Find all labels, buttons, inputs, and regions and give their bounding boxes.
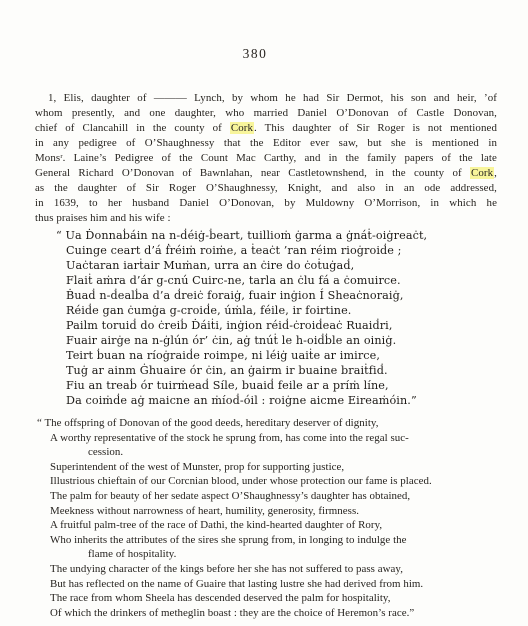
text-line: The palm for beauty of her sedate aspect… bbox=[37, 489, 432, 504]
text-line: Ḃuaḋ n-ḋealḃa d’a ḋreiċ foraiġ, fuair in… bbox=[56, 288, 427, 303]
text-line: Teirt ḃuan na ríoġraiḋe roimpe, ni léiġ … bbox=[56, 348, 427, 363]
text-line: as the daughter of Sir Roger O’Shaughnes… bbox=[35, 181, 497, 196]
text-line: A worthy representative of the stock he … bbox=[37, 431, 432, 446]
text-line: Of which the drinkers of metheglin boast… bbox=[37, 606, 432, 621]
text-segment: A worthy representative of the stock he … bbox=[50, 432, 409, 444]
text-segment: Cuinge ceart d’á ḟréiṁ roiṁe, a ṫeaċt ’r… bbox=[66, 244, 402, 257]
text-segment: Pailm toruiḋ do ċreiḃ Ḋáiṫi, inġion réiḋ… bbox=[66, 319, 393, 332]
text-segment: The undying character of the kings befor… bbox=[50, 563, 403, 575]
english-translation-verse: “ The offspring of Donovan of the good d… bbox=[37, 416, 432, 620]
intro-paragraph: 1, Elis, daughter of ——— Lynch, by whom … bbox=[35, 91, 497, 226]
text-line: flame of hospitality. bbox=[37, 547, 432, 562]
text-segment: Teirt ḃuan na ríoġraiḋe roimpe, ni léiġ … bbox=[66, 349, 380, 362]
text-line: But has reflected on the name of Guaire … bbox=[37, 577, 432, 592]
text-line: in 1639, to her husband Daniel O’Donovan… bbox=[35, 196, 497, 211]
text-line: cession. bbox=[37, 445, 432, 460]
text-segment: “ Ua Ḋonnaḃáin na n-ḋéiġ-ḃeart, tuillioṁ… bbox=[56, 229, 427, 242]
text-segment: General Richard O’Donovan of Bawnlahan, … bbox=[35, 167, 470, 179]
text-segment: Monsʳ. Laine’s Pedigree of the Count Mac… bbox=[35, 152, 497, 164]
text-segment: in any pedigree of O’Shaughnessy that th… bbox=[35, 137, 497, 149]
text-line: Superintendent of the west of Munster, p… bbox=[37, 460, 432, 475]
text-line: chief of Clancahill in the county of Cor… bbox=[35, 121, 497, 136]
text-line: whom presently, and one daughter, who ma… bbox=[35, 106, 497, 121]
search-highlight: Cork bbox=[470, 167, 494, 179]
text-line: The undying character of the kings befor… bbox=[37, 562, 432, 577]
text-line: Réiḋe gan ċumġa g-croiḋe, úṁla, féile, i… bbox=[56, 303, 427, 318]
text-line: Fuair airġe na n-ġlún ór’ ċin, aġ tnúṫ l… bbox=[56, 333, 427, 348]
text-segment: “ The offspring of Donovan of the good d… bbox=[37, 417, 378, 429]
text-segment: Illustrious chieftain of our Corcnian bl… bbox=[50, 475, 432, 487]
text-segment: Fiu an treaḃ ór tuirṁeaḋ Síle, buaiḋ fei… bbox=[66, 379, 389, 392]
text-segment: Da coiṁḋe aġ maicne an ṁíoḋ-óil : roiġne… bbox=[66, 394, 417, 407]
text-segment: whom presently, and one daughter, who ma… bbox=[35, 107, 497, 119]
text-segment: The race from whom Sheela has descended … bbox=[50, 592, 390, 604]
search-highlight: Cork bbox=[230, 122, 254, 134]
text-line: Da coiṁḋe aġ maicne an ṁíoḋ-óil : roiġne… bbox=[56, 393, 427, 408]
text-line: “ Ua Ḋonnaḃáin na n-ḋéiġ-ḃeart, tuillioṁ… bbox=[56, 228, 427, 243]
text-segment: chief of Clancahill in the county of bbox=[35, 122, 230, 134]
text-segment: 1, Elis, daughter of ——— Lynch, by whom … bbox=[48, 92, 497, 104]
text-line: Who inherits the attributes of the sires… bbox=[37, 533, 432, 548]
text-segment: Flaiṫ aṁra d’ár g-cnú Cuirc-ne, tarla an… bbox=[66, 274, 401, 287]
text-segment: as the daughter of Sir Roger O’Shaughnes… bbox=[35, 182, 497, 194]
text-segment: Tuġ ar ainm Ġhuaire ór ċin, an ġairm ir … bbox=[66, 364, 388, 377]
text-line: Monsʳ. Laine’s Pedigree of the Count Mac… bbox=[35, 151, 497, 166]
text-line: Uaċtaran iarṫair Muṁan, urra an ċire do … bbox=[56, 258, 427, 273]
text-line: Cuinge ceart d’á ḟréiṁ roiṁe, a ṫeaċt ’r… bbox=[56, 243, 427, 258]
text-line: Fiu an treaḃ ór tuirṁeaḋ Síle, buaiḋ fei… bbox=[56, 378, 427, 393]
text-segment: But has reflected on the name of Guaire … bbox=[50, 578, 423, 590]
text-segment: The palm for beauty of her sedate aspect… bbox=[50, 490, 410, 502]
text-line: Pailm toruiḋ do ċreiḃ Ḋáiṫi, inġion réiḋ… bbox=[56, 318, 427, 333]
text-line: General Richard O’Donovan of Bawnlahan, … bbox=[35, 166, 497, 181]
text-line: The race from whom Sheela has descended … bbox=[37, 591, 432, 606]
text-line: in any pedigree of O’Shaughnessy that th… bbox=[35, 136, 497, 151]
text-segment: flame of hospitality. bbox=[88, 548, 176, 560]
text-segment: Superintendent of the west of Munster, p… bbox=[50, 461, 344, 473]
text-line: thus praises him and his wife : bbox=[35, 211, 497, 226]
text-line: Flaiṫ aṁra d’ár g-cnú Cuirc-ne, tarla an… bbox=[56, 273, 427, 288]
gaelic-verse: “ Ua Ḋonnaḃáin na n-ḋéiġ-ḃeart, tuillioṁ… bbox=[56, 228, 427, 408]
text-line: Illustrious chieftain of our Corcnian bl… bbox=[37, 474, 432, 489]
text-segment: A fruitful palm-tree of the race of Dath… bbox=[50, 519, 382, 531]
text-segment: Fuair airġe na n-ġlún ór’ ċin, aġ tnúṫ l… bbox=[66, 334, 396, 347]
text-segment: Meekness without narrowness of heart, hu… bbox=[50, 505, 359, 517]
text-segment: thus praises him and his wife : bbox=[35, 212, 171, 224]
text-segment: Who inherits the attributes of the sires… bbox=[50, 534, 407, 546]
text-segment: cession. bbox=[88, 446, 123, 458]
text-segment: Of which the drinkers of metheglin boast… bbox=[50, 607, 414, 619]
text-segment: Ḃuaḋ n-ḋealḃa d’a ḋreiċ foraiġ, fuair in… bbox=[66, 289, 404, 302]
page-number: 380 bbox=[0, 46, 510, 62]
text-segment: . This daughter of Sir Roger is not ment… bbox=[254, 122, 497, 134]
text-line: A fruitful palm-tree of the race of Dath… bbox=[37, 518, 432, 533]
text-line: Tuġ ar ainm Ġhuaire ór ċin, an ġairm ir … bbox=[56, 363, 427, 378]
text-segment: , bbox=[494, 167, 497, 179]
text-line: 1, Elis, daughter of ——— Lynch, by whom … bbox=[35, 91, 497, 106]
text-line: “ The offspring of Donovan of the good d… bbox=[37, 416, 432, 431]
book-page: 380 1, Elis, daughter of ——— Lynch, by w… bbox=[0, 0, 528, 626]
text-segment: Uaċtaran iarṫair Muṁan, urra an ċire do … bbox=[66, 259, 354, 272]
text-segment: Réiḋe gan ċumġa g-croiḋe, úṁla, féile, i… bbox=[66, 304, 351, 317]
text-segment: in 1639, to her husband Daniel O’Donovan… bbox=[35, 197, 497, 209]
text-line: Meekness without narrowness of heart, hu… bbox=[37, 504, 432, 519]
